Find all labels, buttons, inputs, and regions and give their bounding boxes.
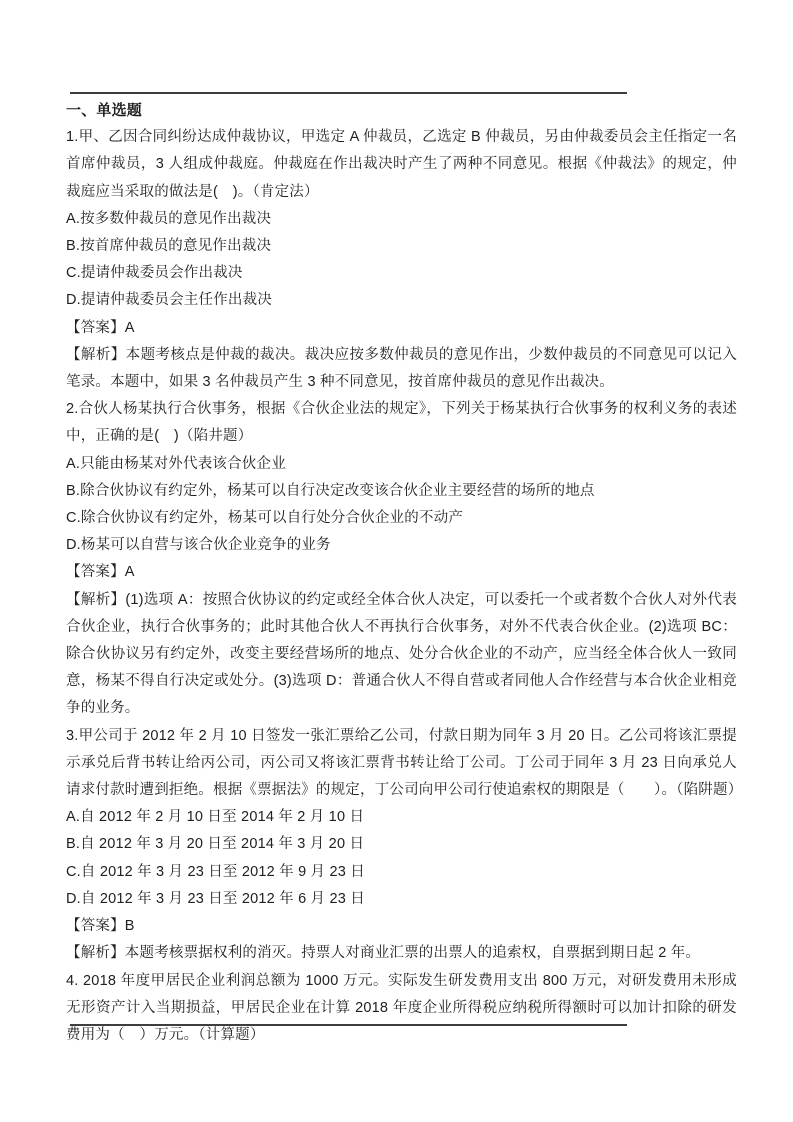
question-3-option-a: A.自 2012 年 2 月 10 日至 2014 年 2 月 10 日 (66, 804, 737, 831)
question-1-answer: 【答案】A (66, 315, 737, 342)
question-1-option-a: A.按多数仲裁员的意见作出裁决 (66, 206, 737, 233)
question-3-stem: 3.甲公司于 2012 年 2 月 10 日签发一张汇票给乙公司，付款日期为同年… (66, 723, 737, 805)
question-1-stem: 1.甲、乙因合同纠纷达成仲裁协议，甲选定 A 仲裁员，乙选定 B 仲裁员，另由仲… (66, 124, 737, 206)
document-page: 一、单选题 1.甲、乙因合同纠纷达成仲裁协议，甲选定 A 仲裁员，乙选定 B 仲… (0, 0, 793, 1122)
question-1-option-c: C.提请仲裁委员会作出裁决 (66, 260, 737, 287)
question-2-stem: 2.合伙人杨某执行合伙事务，根据《合伙企业法的规定》，下列关于杨某执行合伙事务的… (66, 396, 737, 450)
question-3-option-c: C.自 2012 年 3 月 23 日至 2012 年 9 月 23 日 (66, 859, 737, 886)
question-1: 1.甲、乙因合同纠纷达成仲裁协议，甲选定 A 仲裁员，乙选定 B 仲裁员，另由仲… (66, 124, 737, 396)
question-4: 4. 2018 年度甲居民企业利润总额为 1000 万元。实际发生研发费用支出 … (66, 968, 737, 1050)
bottom-divider (70, 1024, 627, 1026)
question-3-answer: 【答案】B (66, 913, 737, 940)
question-1-option-d: D.提请仲裁委员会主任作出裁决 (66, 287, 737, 314)
question-2-option-c: C.除合伙协议有约定外，杨某可以自行处分合伙企业的不动产 (66, 505, 737, 532)
question-2-option-a: A.只能由杨某对外代表该合伙企业 (66, 451, 737, 478)
top-divider (70, 92, 627, 94)
question-3-option-b: B.自 2012 年 3 月 20 日至 2014 年 3 月 20 日 (66, 831, 737, 858)
question-1-analysis: 【解析】本题考核点是仲裁的裁决。裁决应按多数仲裁员的意见作出，少数仲裁员的不同意… (66, 342, 737, 396)
question-4-stem: 4. 2018 年度甲居民企业利润总额为 1000 万元。实际发生研发费用支出 … (66, 968, 737, 1050)
question-3-analysis: 【解析】本题考核票据权利的消灭。持票人对商业汇票的出票人的追索权，自票据到期日起… (66, 940, 737, 967)
question-2-analysis: 【解析】(1)选项 A：按照合伙协议的约定或经全体合伙人决定，可以委托一个或者数… (66, 587, 737, 723)
question-1-option-b: B.按首席仲裁员的意见作出裁决 (66, 233, 737, 260)
question-2-option-d: D.杨某可以自营与该合伙企业竞争的业务 (66, 532, 737, 559)
question-2-answer: 【答案】A (66, 559, 737, 586)
question-2-option-b: B.除合伙协议有约定外，杨某可以自行决定改变该合伙企业主要经营的场所的地点 (66, 478, 737, 505)
section-title: 一、单选题 (66, 97, 737, 124)
content-area: 一、单选题 1.甲、乙因合同纠纷达成仲裁协议，甲选定 A 仲裁员，乙选定 B 仲… (66, 97, 737, 1049)
question-3: 3.甲公司于 2012 年 2 月 10 日签发一张汇票给乙公司，付款日期为同年… (66, 723, 737, 968)
question-2: 2.合伙人杨某执行合伙事务，根据《合伙企业法的规定》，下列关于杨某执行合伙事务的… (66, 396, 737, 722)
question-3-option-d: D.自 2012 年 3 月 23 日至 2012 年 6 月 23 日 (66, 886, 737, 913)
